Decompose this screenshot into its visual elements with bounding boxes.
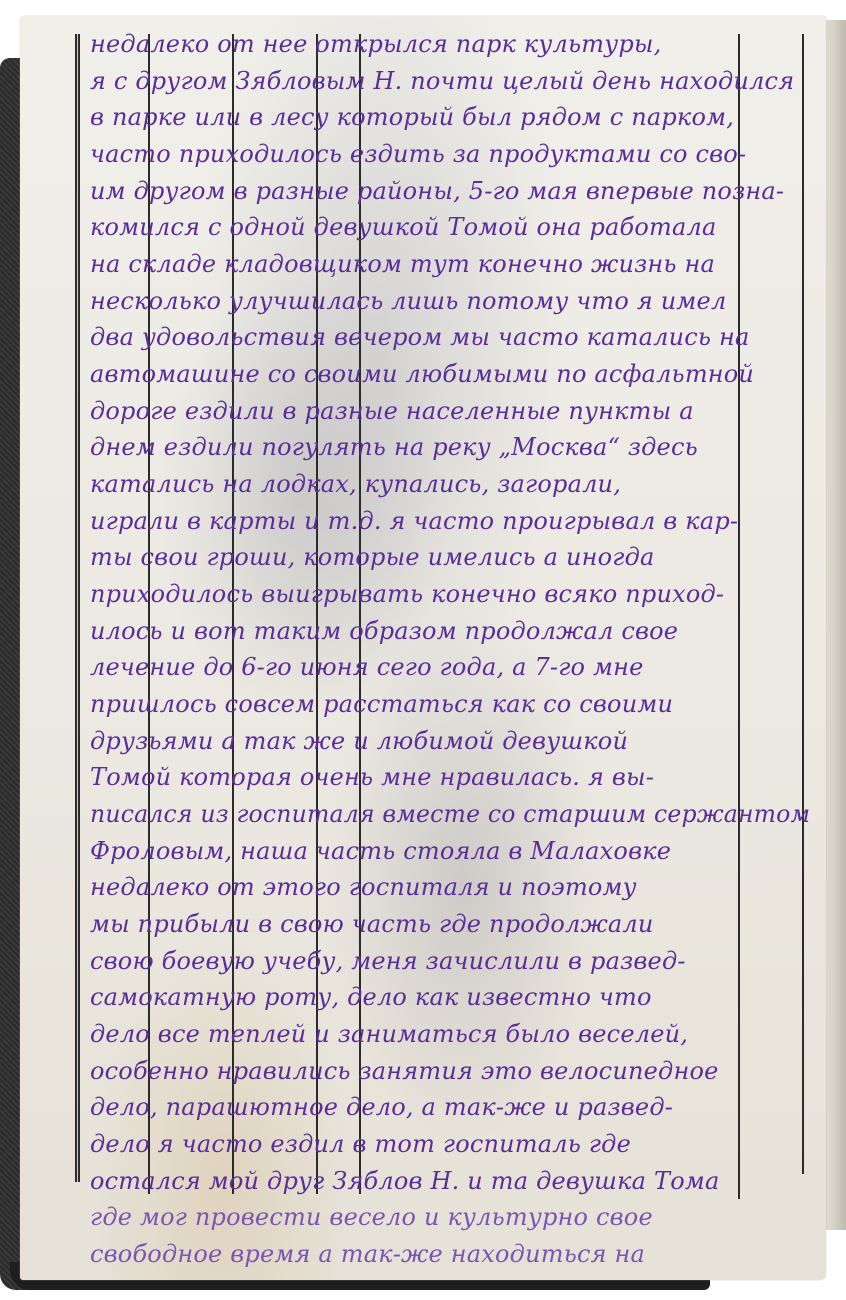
column-rule	[802, 34, 804, 1174]
text-line: днем ездили погулять на реку „Москва“ зд…	[90, 433, 698, 461]
text-line: несколько улучшилась лишь потому что я и…	[90, 287, 726, 315]
text-line: я с другом Зябловым Н. почти целый день …	[90, 67, 794, 95]
notebook-page	[20, 16, 826, 1280]
text-line: где мог провести весело и культурно свое	[90, 1203, 653, 1231]
text-line: особенно нравились занятия это велосипед…	[90, 1057, 719, 1085]
text-line: недалеко от нее открылся парк культуры,	[90, 30, 662, 58]
text-line: катались на лодках, купались, загорали,	[90, 470, 621, 498]
text-line: дело я часто ездил в тот госпиталь где	[90, 1130, 631, 1158]
text-line: самокатную роту, дело как известно что	[90, 983, 652, 1011]
text-line: пришлось совсем расстаться как со своими	[90, 690, 673, 718]
text-line: друзьями а так же и любимой девушкой	[90, 727, 628, 755]
text-line: играли в карты и т.д. я часто проигрывал…	[90, 507, 738, 535]
text-line: приходилось выигрывать конечно всяко при…	[90, 580, 724, 608]
text-line: им другом в разные районы, 5-го мая впер…	[90, 177, 784, 205]
text-line: на складе кладовщиком тут конечно жизнь …	[90, 250, 715, 278]
text-line: ты свои гроши, которые имелись а иногда	[90, 543, 655, 571]
text-line: два удовольствия вечером мы часто катали…	[90, 323, 750, 351]
text-line: остался мой друг Зяблов Н. и та девушка …	[90, 1167, 719, 1195]
text-line: Фроловым, наша часть стояла в Малаховке	[90, 837, 671, 865]
column-rule	[738, 34, 740, 1199]
text-line: часто приходилось ездить за продуктами с…	[90, 140, 746, 168]
text-line: лечение до 6-го июня сего года, а 7-го м…	[90, 653, 644, 681]
text-line: недалеко от этого госпиталя и поэтому	[90, 873, 637, 901]
text-line: дело все теплей и заниматься было веселе…	[90, 1020, 688, 1048]
text-line: комился с одной девушкой Томой она работ…	[90, 213, 716, 241]
text-line: свою боевую учебу, меня зачислили в разв…	[90, 947, 686, 975]
text-line: писался из госпиталя вместе со старшим с…	[90, 800, 810, 828]
text-line: дороге ездили в разные населенные пункты…	[90, 397, 694, 425]
text-line: мы прибыли в свою часть где продолжали	[90, 910, 654, 938]
text-line: автомашине со своими любимыми по асфальт…	[90, 360, 754, 388]
text-line: Томой которая очень мне нравилась. я вы-	[90, 763, 654, 791]
text-line: илось и вот таким образом продолжал свое	[90, 617, 678, 645]
margin-rule-double	[75, 34, 80, 1182]
text-line: свободное время а так-же находиться на	[90, 1240, 645, 1268]
text-line: в парке или в лесу который был рядом с п…	[90, 103, 734, 131]
text-line: дело, парашютное дело, а так-же и развед…	[90, 1093, 673, 1121]
